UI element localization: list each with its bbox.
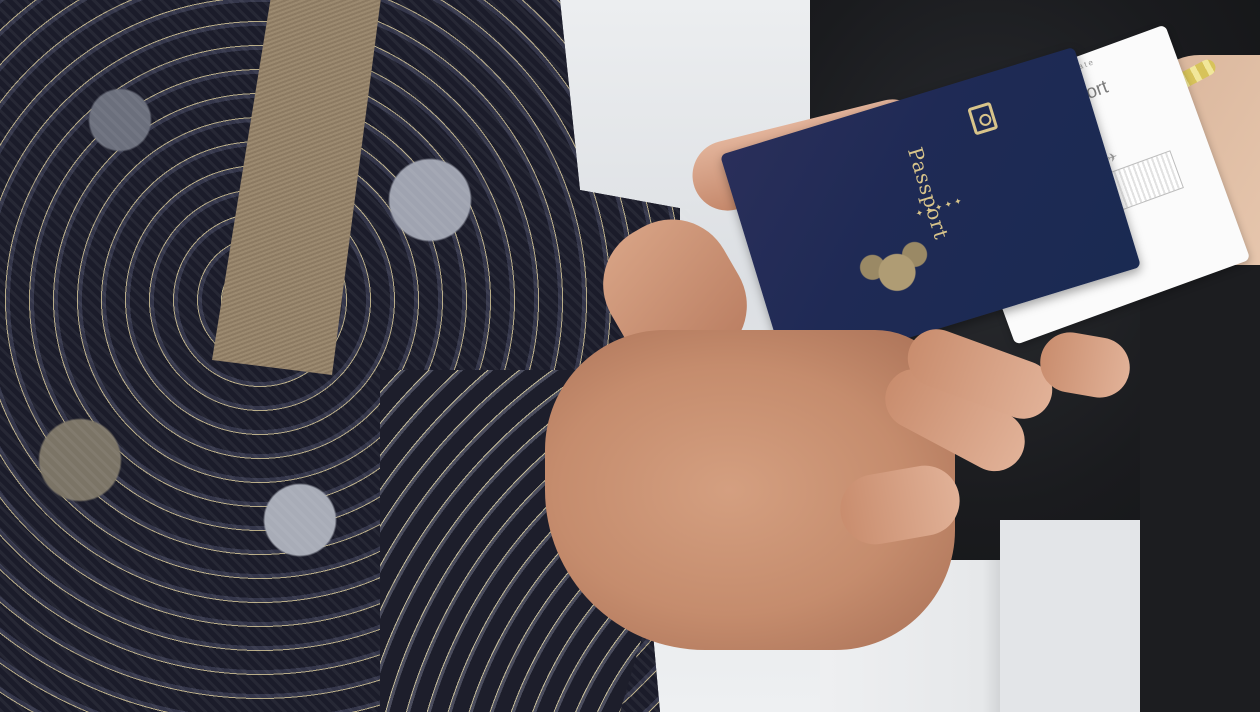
background-right-edge [1140,260,1260,712]
biometric-chip-icon [967,102,998,136]
photo-scene: Air Carrier Flt Number Date Internationa… [0,0,1260,712]
background-floor [1000,520,1150,712]
